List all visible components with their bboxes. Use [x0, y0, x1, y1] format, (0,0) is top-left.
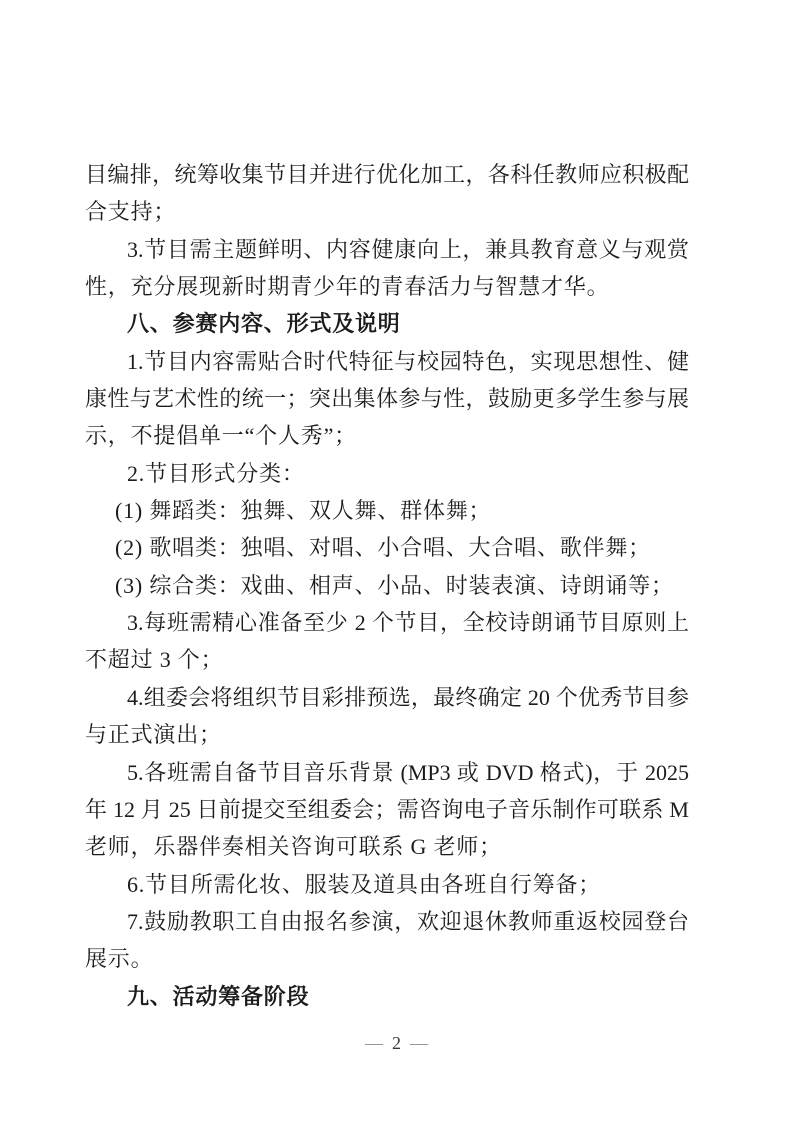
- body-text-line: 年 12 月 25 日前提交至组委会；需咨询电子音乐制作可联系 M: [85, 791, 689, 828]
- body-text-line: 老师，乐器伴奏相关咨询可联系 G 老师；: [85, 828, 689, 865]
- page-footer: —2—: [0, 1032, 793, 1054]
- body-text-line: 6.节目所需化妆、服装及道具由各班自行筹备；: [85, 866, 689, 903]
- body-text-line: 合支持；: [85, 193, 689, 230]
- body-text-line: 与正式演出；: [85, 716, 689, 753]
- document-body: 目编排，统筹收集节目并进行优化加工，各科任教师应积极配合支持；3.节目需主题鲜明…: [85, 156, 689, 1015]
- footer-dash-right: —: [410, 1033, 428, 1053]
- section-heading: 八、参赛内容、形式及说明: [85, 305, 689, 342]
- body-text-line: 不超过 3 个；: [85, 641, 689, 678]
- body-text-line: 性，充分展现新时期青少年的青春活力与智慧才华。: [85, 268, 689, 305]
- body-text-line: (3) 综合类：戏曲、相声、小品、时装表演、诗朗诵等；: [85, 567, 689, 604]
- body-text-line: 7.鼓励教职工自由报名参演，欢迎退休教师重返校园登台: [85, 903, 689, 940]
- body-text-line: 1.节目内容需贴合时代特征与校园特色，实现思想性、健: [85, 343, 689, 380]
- body-text-line: 5.各班需自备节目音乐背景 (MP3 或 DVD 格式)，于 2025: [85, 754, 689, 791]
- body-text-line: 2.节目形式分类：: [85, 455, 689, 492]
- document-page: 目编排，统筹收集节目并进行优化加工，各科任教师应积极配合支持；3.节目需主题鲜明…: [0, 0, 793, 1122]
- footer-dash-left: —: [365, 1033, 383, 1053]
- body-text-line: 展示。: [85, 940, 689, 977]
- body-text-line: 3.节目需主题鲜明、内容健康向上，兼具教育意义与观赏: [85, 231, 689, 268]
- body-text-line: 康性与艺术性的统一；突出集体参与性，鼓励更多学生参与展: [85, 380, 689, 417]
- section-heading: 九、活动筹备阶段: [85, 978, 689, 1015]
- footer-page-number: 2: [392, 1033, 401, 1053]
- body-text-line: (1) 舞蹈类：独舞、双人舞、群体舞；: [85, 492, 689, 529]
- body-text-line: 4.组委会将组织节目彩排预选，最终确定 20 个优秀节目参: [85, 679, 689, 716]
- body-text-line: 示，不提倡单一“个人秀”；: [85, 417, 689, 454]
- body-text-line: 目编排，统筹收集节目并进行优化加工，各科任教师应积极配: [85, 156, 689, 193]
- body-text-line: (2) 歌唱类：独唱、对唱、小合唱、大合唱、歌伴舞；: [85, 529, 689, 566]
- body-text-line: 3.每班需精心准备至少 2 个节目，全校诗朗诵节目原则上: [85, 604, 689, 641]
